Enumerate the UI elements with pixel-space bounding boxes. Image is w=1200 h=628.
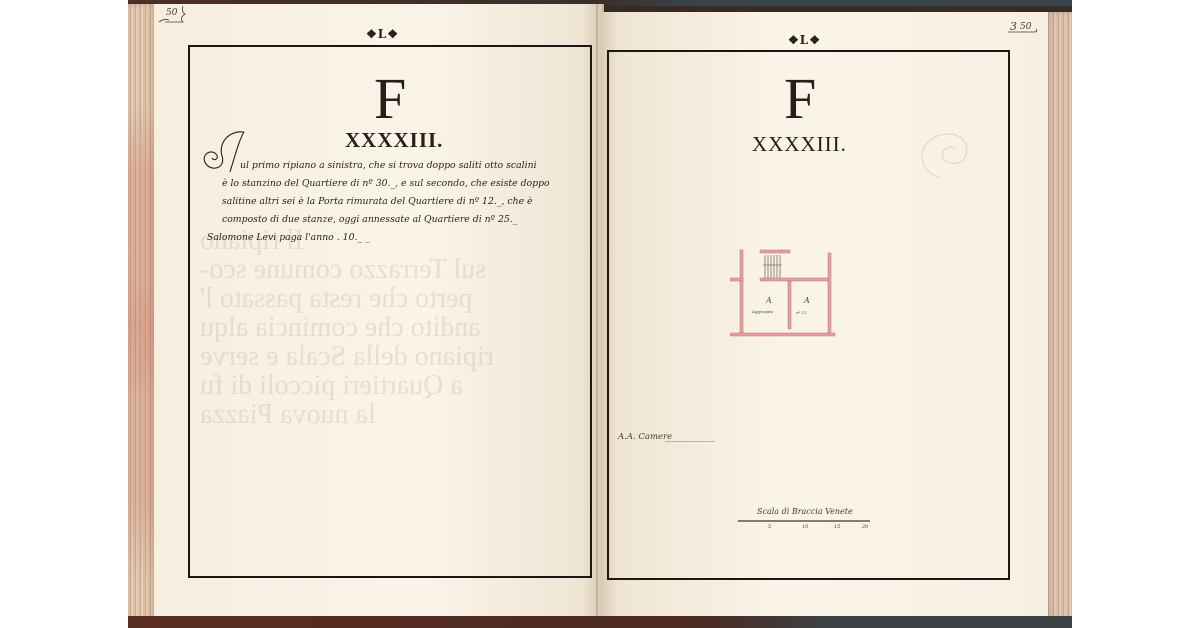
bleed-through-flourish-icon [900,128,990,183]
scale-tick-15: 15 [834,524,840,530]
scale-tick-20: 20 [862,524,868,530]
plan-label-a-left: A [766,296,772,305]
left-roman-numeral: XXXXIII. [345,128,443,153]
plan-label-a-right: A [804,296,810,305]
folio-underline-icon [1006,28,1040,36]
manuscript-line-5: Salomone Levi paga l'anno . 10._ _ [207,232,370,243]
book-bottom-shadow [128,616,1072,628]
scale-tick-5: 5 [768,524,771,530]
left-section-letter: F [374,70,406,128]
manuscript-line-2: è lo stanzino del Quartiere di nº 30._, … [222,178,550,189]
manuscript-line-3: salitine altri sei è la Porta rimurata d… [222,196,533,207]
plan-sublabel-left: Aggregato [752,309,773,314]
folio-bracket-icon [155,4,191,28]
left-page-edges [128,4,156,622]
right-section-letter: F [784,70,816,128]
plan-sublabel-right: nº 12 [796,310,807,315]
right-page-edges [1046,12,1072,620]
right-roman-numeral: XXXXIII. [752,132,847,157]
scale-bar [738,520,870,522]
manuscript-line-4: composto di due stanze, oggi annessate a… [222,214,517,225]
floor-plan-drawing [730,245,840,340]
scale-bar-label: Scala di Braccia Venete [757,507,853,516]
scale-tick-10: 10 [802,524,808,530]
legend-line [665,441,715,442]
manuscript-line-1: ul primo ripiano a sinistra, che si trov… [240,160,537,171]
right-header-ornament: ❖L❖ [788,33,821,47]
bleed-through-text: Il ripiano sul Terrazzo comune sco- pert… [200,226,580,429]
left-header-ornament: ❖L❖ [366,27,399,41]
